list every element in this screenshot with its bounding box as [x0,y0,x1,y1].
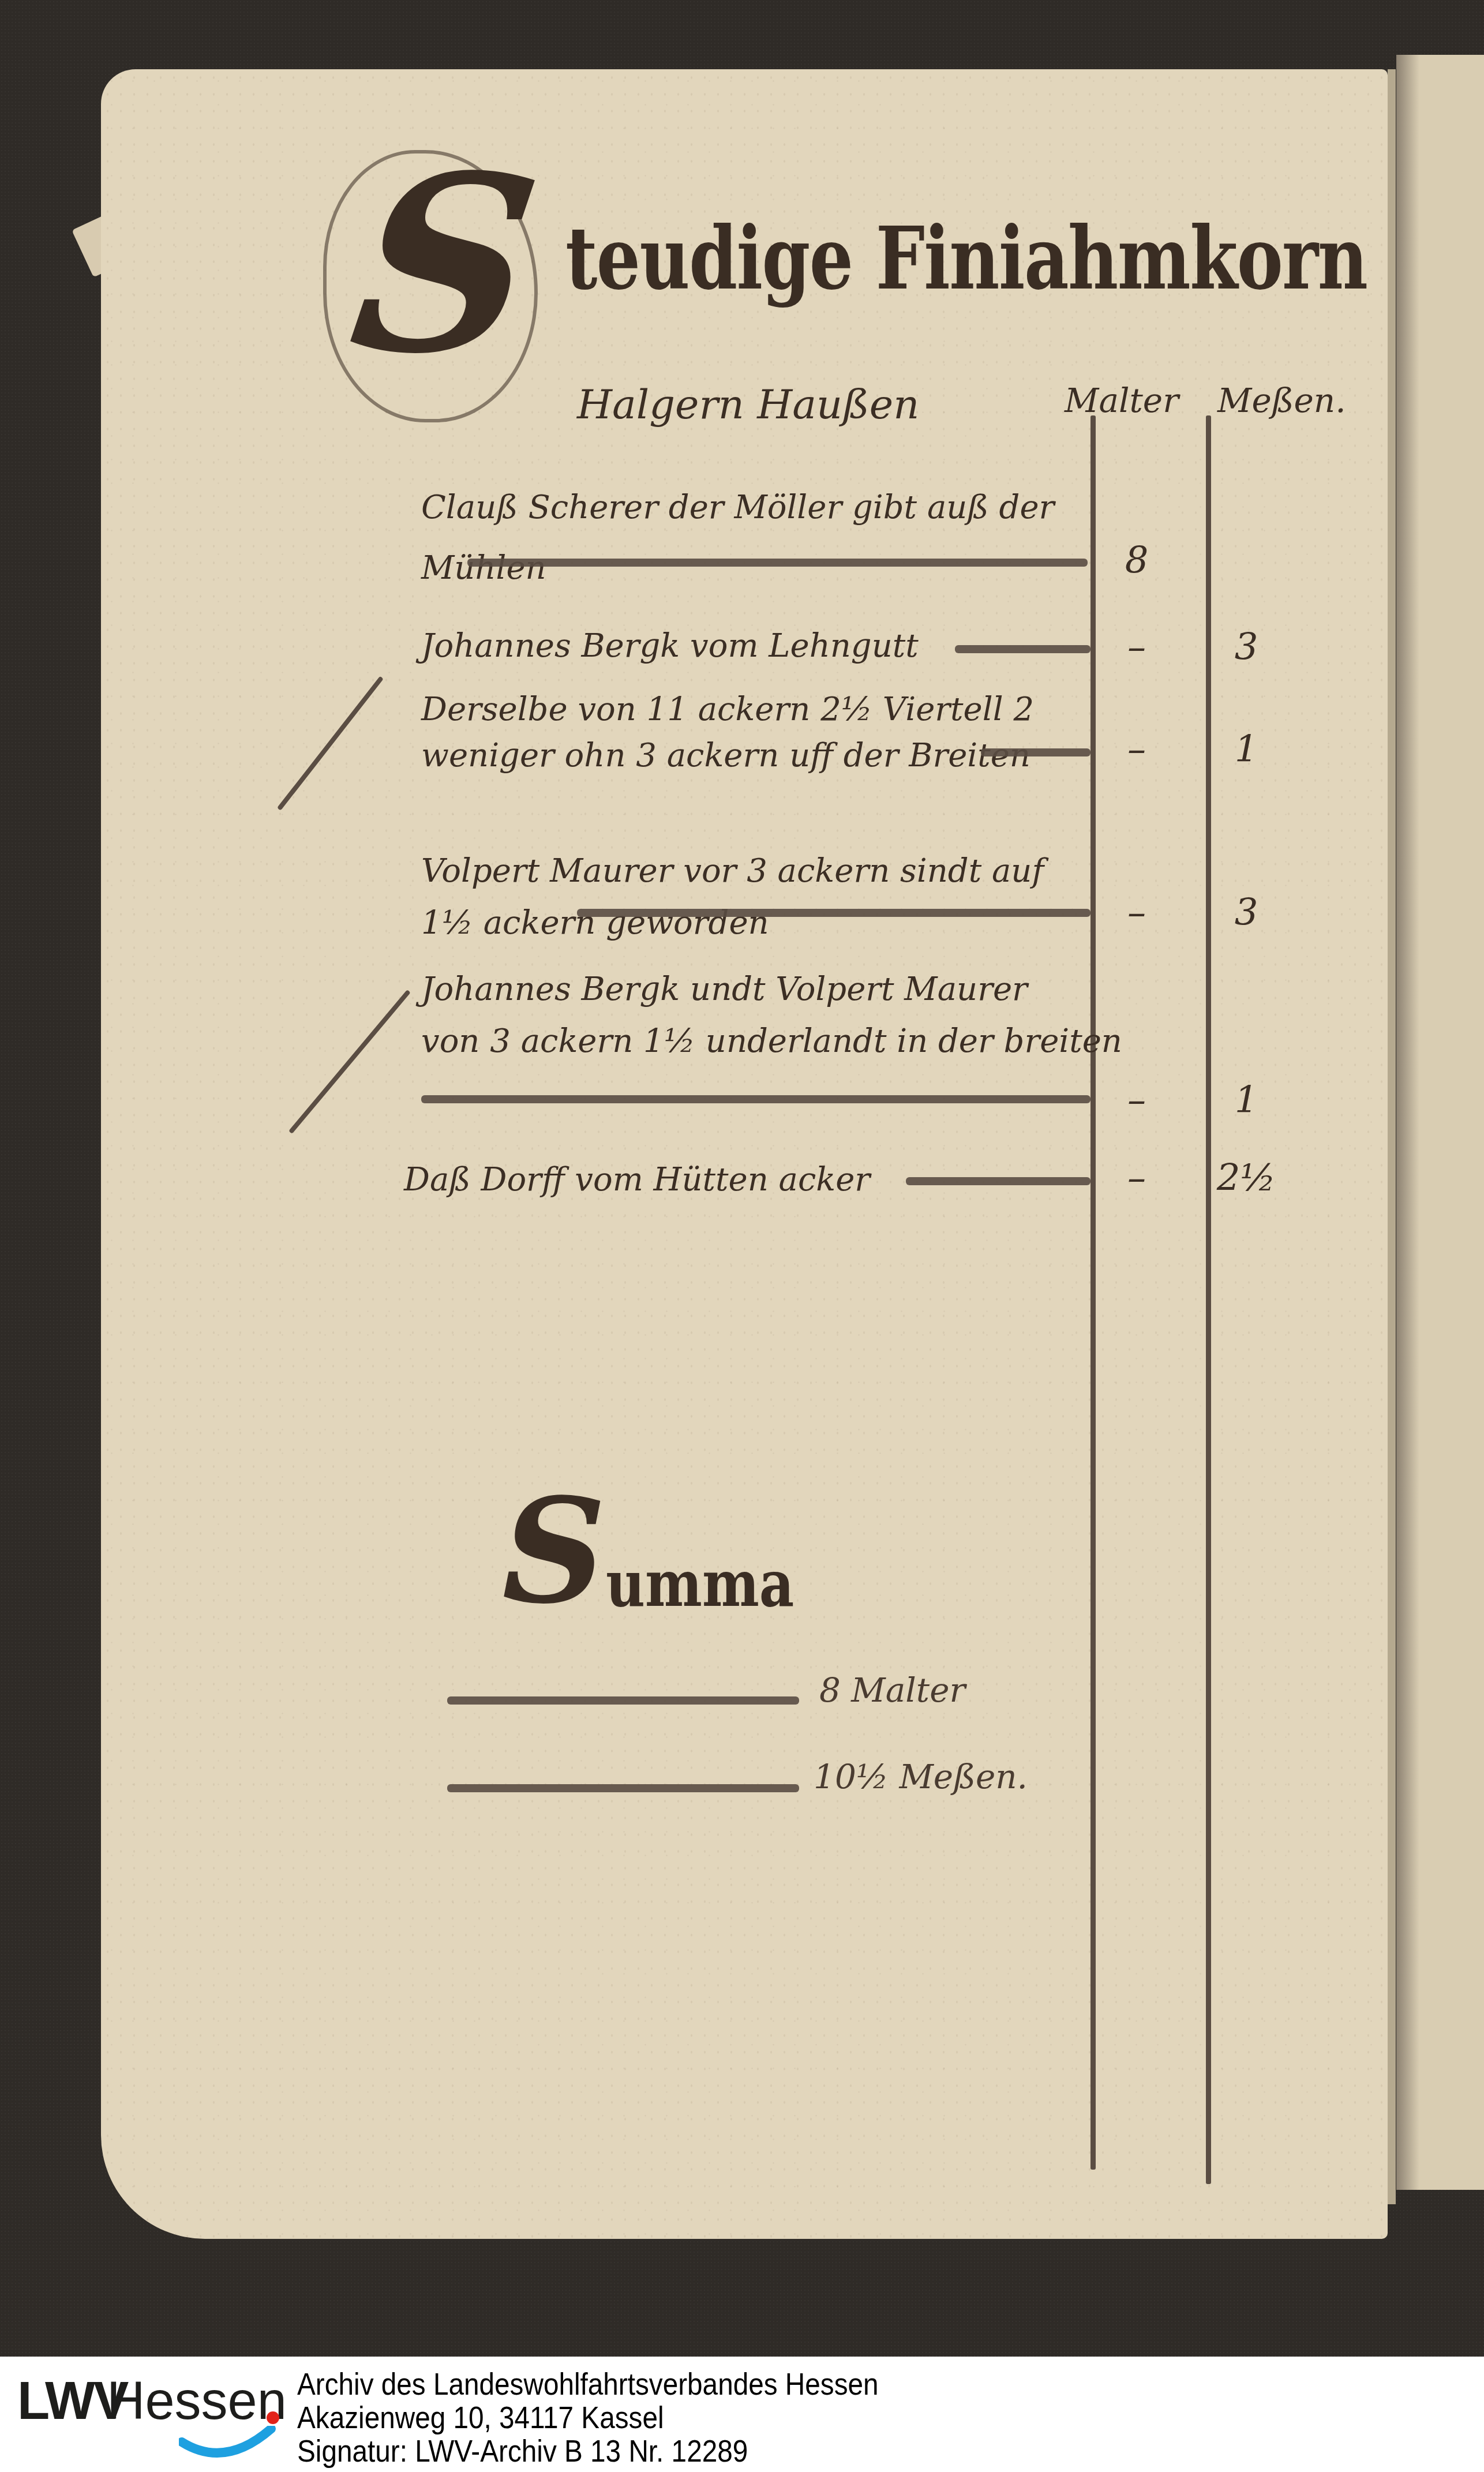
entry-3-line-2: weniger ohn 3 ackern uff der Breiten [421,721,1030,791]
entry-1-leader-line [467,559,1088,567]
summa-messen-leader-line [447,1784,799,1792]
entry-4-line-2: 1½ ackern geworden [421,889,769,958]
lwv-hessen-logo: LWV Hessen [17,2371,271,2463]
archive-signature: Signatur: LWV-Archiv B 13 Nr. 12289 [297,2435,879,2469]
archive-footer: LWV Hessen Archiv des Landeswohlfahrtsve… [0,2357,1484,2472]
column-rule-malter [1090,415,1096,2170]
entry-5-line-2: von 3 ackern 1½ underlandt in der breite… [421,1007,1122,1076]
entry-1-malter: 8 [1102,540,1171,582]
page-title: teudige Finiahmkorn [565,208,1367,309]
entry-5-messen: 1 [1212,1079,1281,1122]
entry-5-malter: – [1102,1079,1171,1122]
entry-6-malter: – [1102,1157,1171,1200]
summa-messen-total: 10½ Meßen. [814,1757,1028,1796]
binding-shadow [1396,55,1419,2190]
entry-6-messen: 2½ [1212,1157,1281,1200]
entry-3-leader-line [981,748,1090,756]
entry-2-leader-line [955,645,1090,653]
archive-address: Akazienweg 10, 34117 Kassel [297,2402,879,2435]
column-header-malter: Malter [1065,381,1179,420]
entry-1-line-1: Clauß Scherer der Möller gibt auß der [421,473,1054,542]
summa-malter-total: 8 Malter [819,1671,965,1710]
column-rule-messen [1206,415,1211,2184]
title-initial-letter: S [340,144,549,387]
logo-red-dot-icon [267,2411,279,2424]
entry-5-leader-line [421,1095,1090,1103]
entry-4-messen: 3 [1212,892,1281,934]
page-subtitle: Halgern Haußen [577,381,919,428]
summa-initial-letter: S [502,1466,606,1635]
entry-3-messen: 1 [1212,728,1281,771]
archive-name: Archiv des Landeswohlfahrtsverbandes Hes… [297,2368,879,2402]
entry-4-malter: – [1102,892,1171,934]
entry-1-line-2: Mühlen [421,534,546,603]
logo-hessen-text: Hessen [107,2371,287,2432]
entry-2-line-1: Johannes Bergk vom Lehngutt [421,612,919,681]
column-header-messen: Meßen. [1217,381,1346,420]
binding-spine [1388,69,1396,2204]
entry-6-leader-line [906,1177,1090,1185]
logo-smile-swoosh-icon [179,2426,277,2466]
entry-4-leader-line [577,909,1090,917]
summa-heading: umma [606,1546,794,1621]
entry-2-malter: – [1102,626,1171,669]
entry-3-malter: – [1102,728,1171,771]
summa-malter-leader-line [447,1696,799,1705]
entry-2-messen: 3 [1212,626,1281,669]
archive-info: Archiv des Landeswohlfahrtsverbandes Hes… [297,2368,879,2469]
entry-6-line-1: Daß Dorff vom Hütten acker [404,1145,870,1215]
